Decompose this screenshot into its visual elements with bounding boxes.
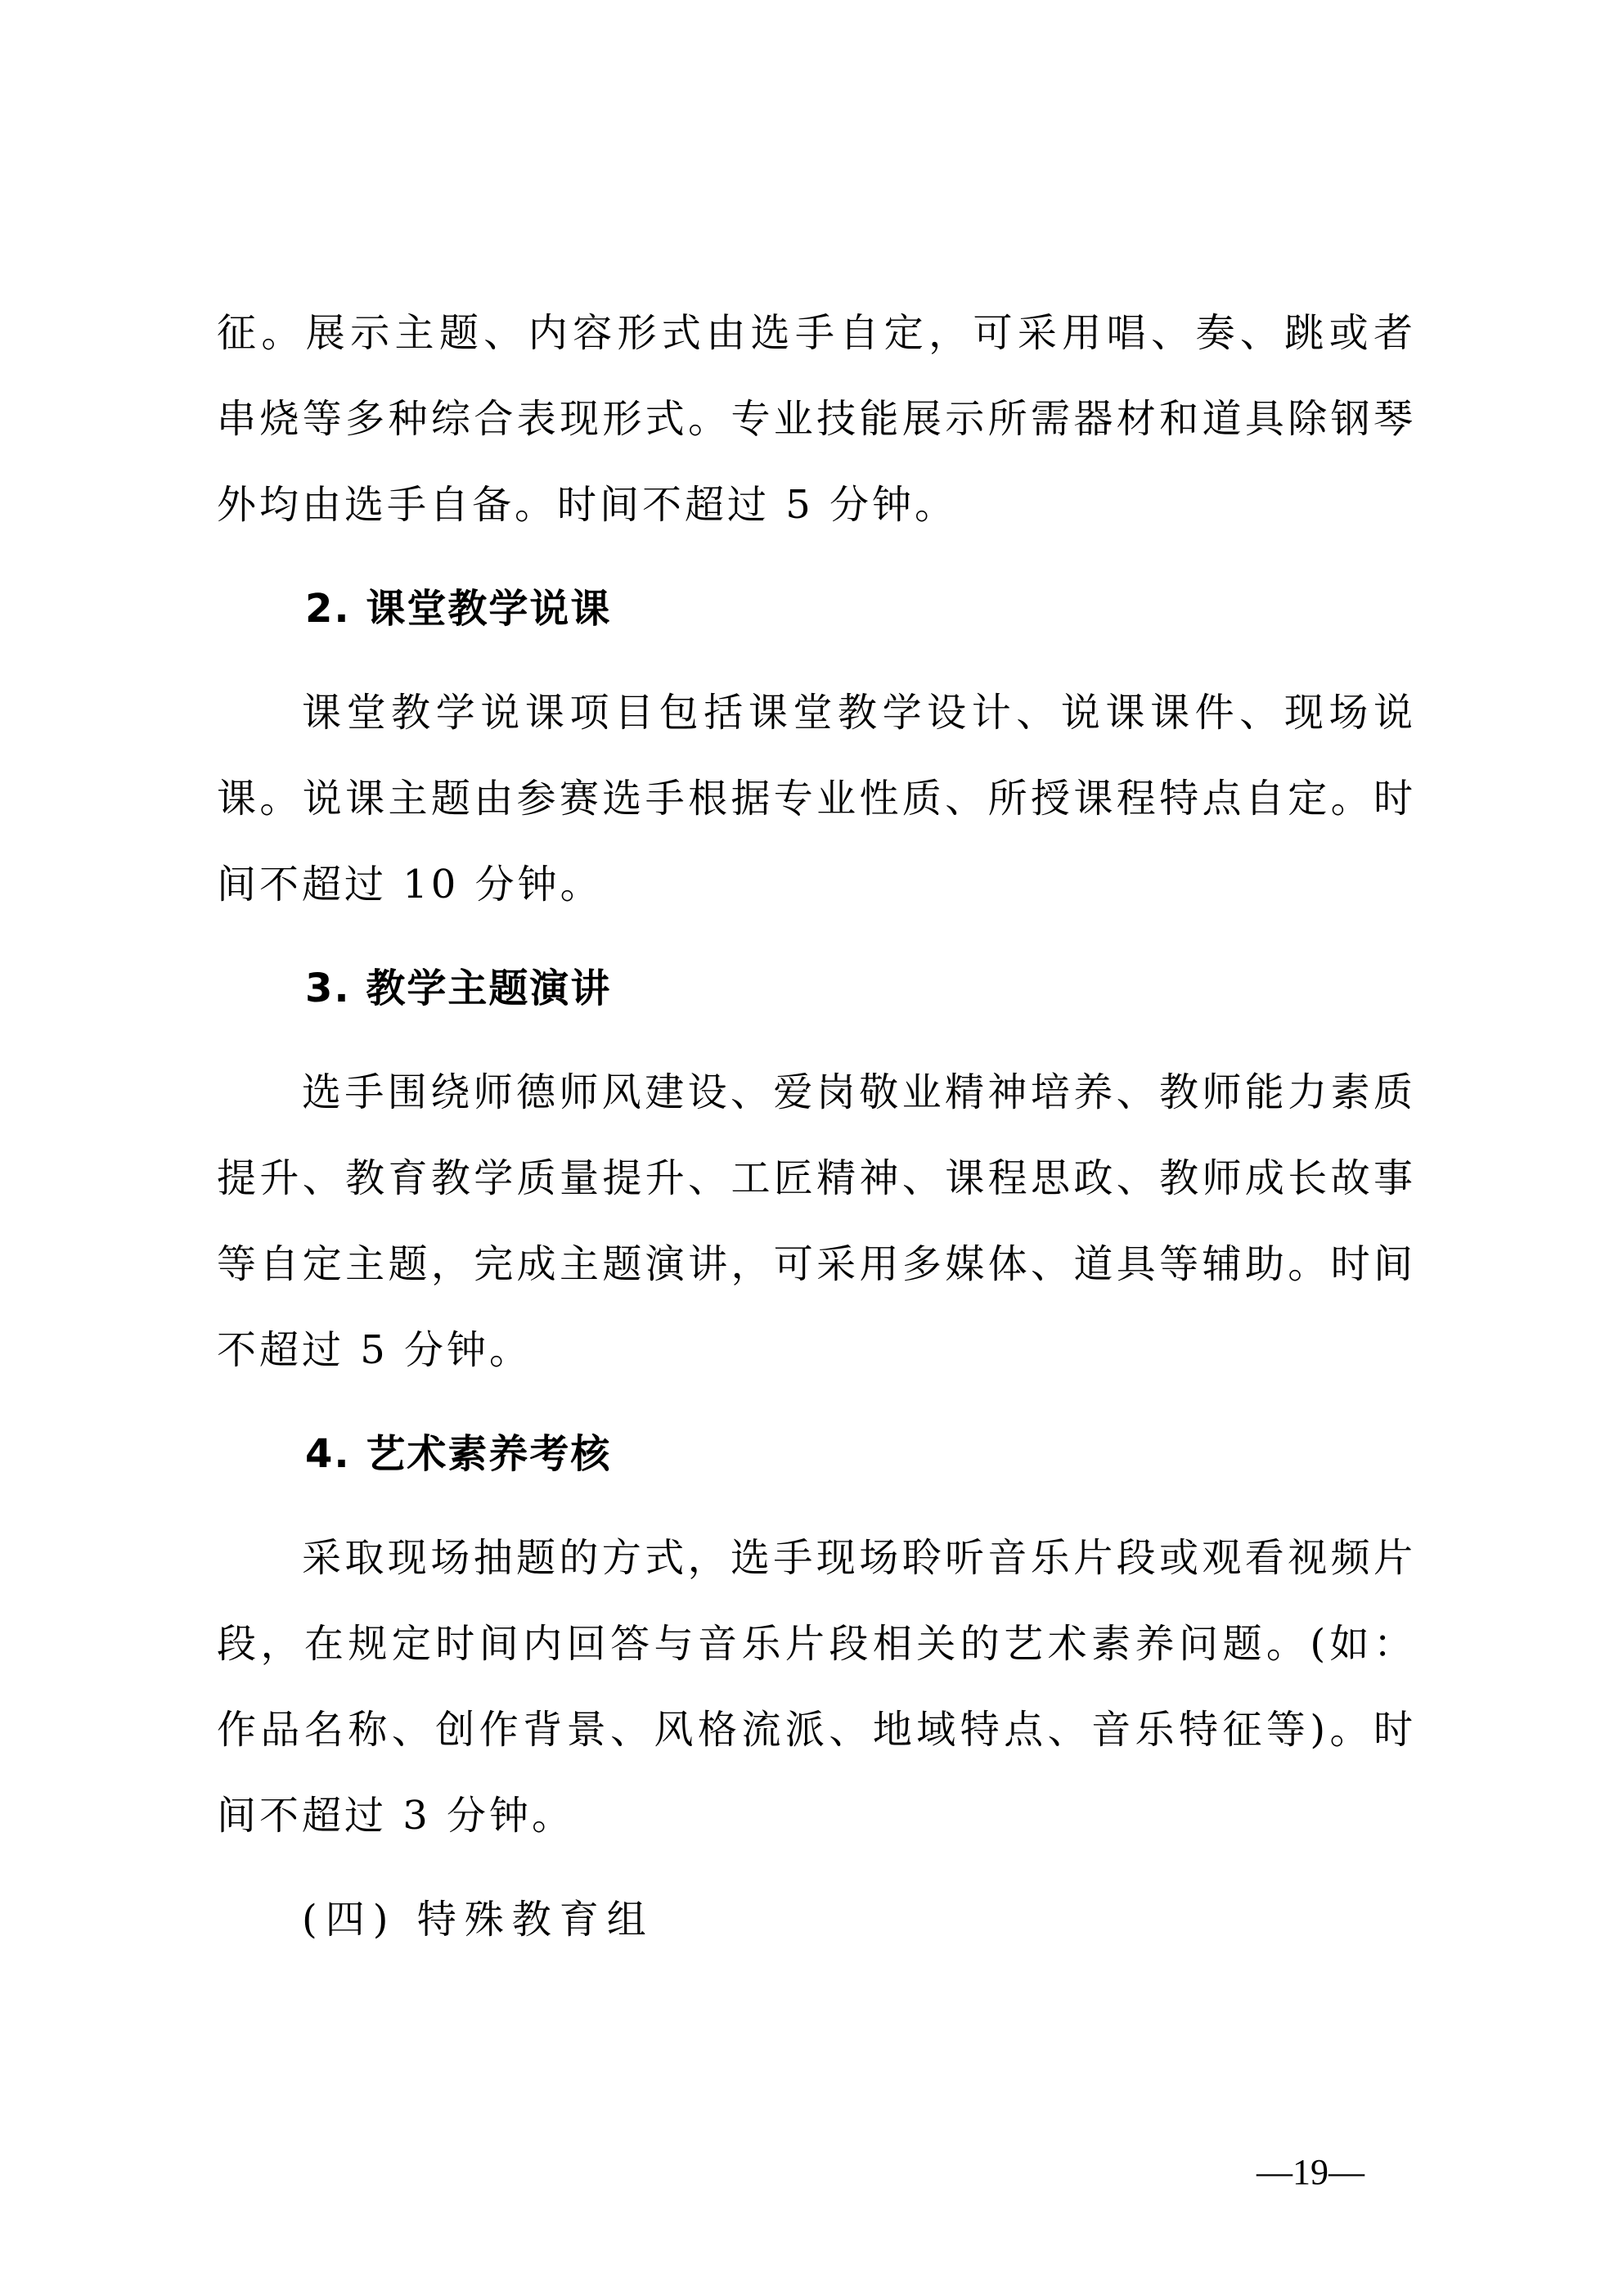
section-body-art-literacy: 采取现场抽题的方式，选手现场聆听音乐片段或观看视频片段，在规定时间内回答与音乐片… [217, 1515, 1416, 1859]
section-heading-art-literacy: 4. 艺术素养考核 [217, 1411, 1416, 1497]
spacer [217, 1393, 1416, 1411]
page-content: 征。展示主题、内容形式由选手自定，可采用唱、奏、跳或者 串烧等多种综合表现形式。… [217, 290, 1416, 1963]
section-body-lecture: 课堂教学说课项目包括课堂教学设计、说课课件、现场说课。说课主题由参赛选手根据专业… [217, 670, 1416, 928]
page-number: —19— [1257, 2152, 1364, 2193]
section-heading-lecture: 2. 课堂教学说课 [217, 566, 1416, 652]
subsection-title-special-education: (四) 特殊教育组 [217, 1877, 1416, 1963]
spacer [217, 1032, 1416, 1050]
section-body-speech: 选手围绕师德师风建设、爱岗敬业精神培养、教师能力素质提升、教育教学质量提升、工匠… [217, 1050, 1416, 1393]
spacer [217, 652, 1416, 670]
section-heading-speech: 3. 教学主题演讲 [217, 946, 1416, 1032]
spacer [217, 928, 1416, 946]
spacer [217, 1859, 1416, 1877]
spacer [217, 548, 1416, 566]
continuation-paragraph: 征。展示主题、内容形式由选手自定，可采用唱、奏、跳或者 串烧等多种综合表现形式。… [217, 290, 1416, 548]
document-page: 征。展示主题、内容形式由选手自定，可采用唱、奏、跳或者 串烧等多种综合表现形式。… [0, 0, 1623, 2296]
spacer [217, 1497, 1416, 1515]
